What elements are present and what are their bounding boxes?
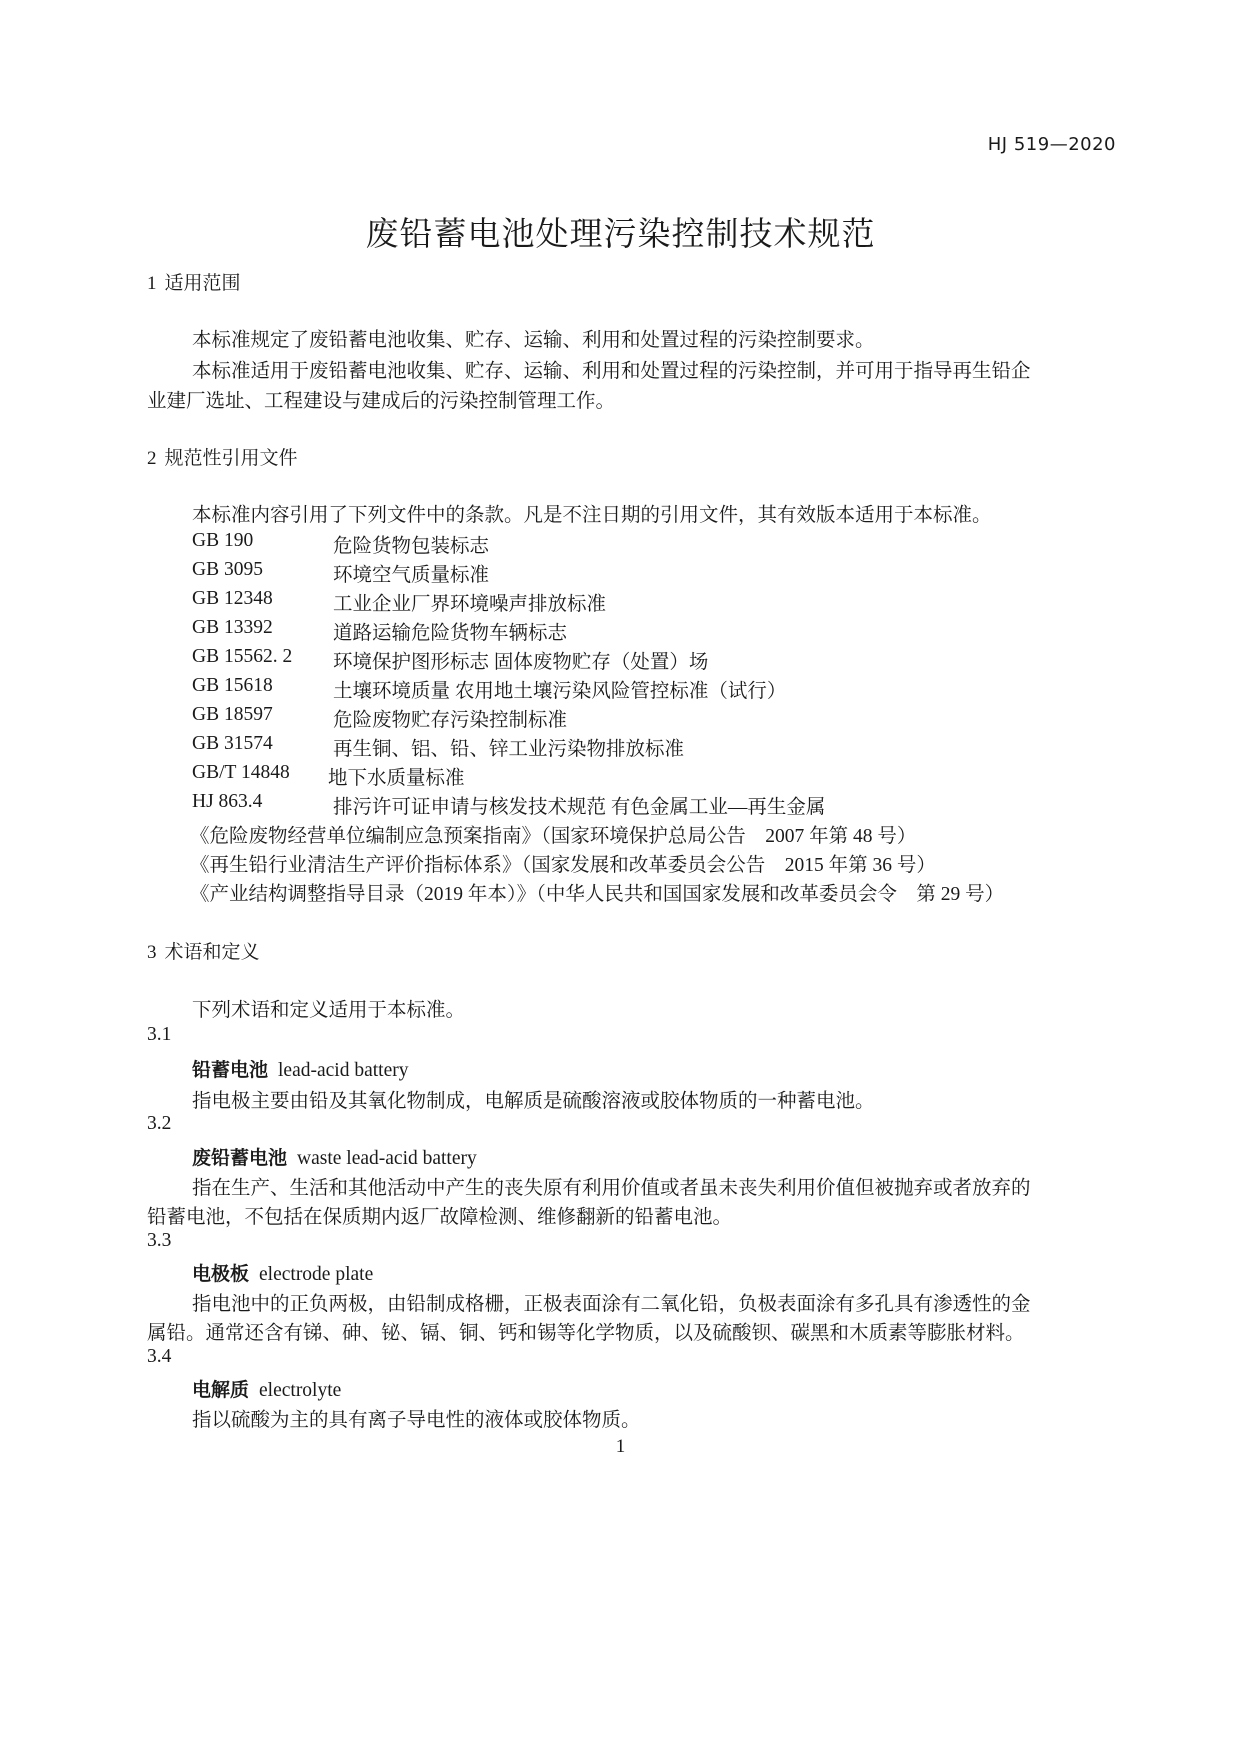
- referenced-document: 《再生铅行业清洁生产评价指标体系》（国家发展和改革委员会公告 2015 年第 3…: [190, 849, 936, 877]
- section-heading-1: 1适用范围: [147, 268, 241, 295]
- reference-title: 工业企业厂界环境噪声排放标准: [333, 588, 606, 616]
- reference-code: GB 18597: [192, 704, 273, 726]
- reference-title: 排污许可证申请与核发技术规范 有色金属工业—再生金属: [333, 791, 825, 819]
- paragraph: 下列术语和定义适用于本标准。: [192, 994, 465, 1022]
- section-heading-3: 3术语和定义: [147, 937, 260, 964]
- term-number: 3.3: [147, 1230, 171, 1252]
- page-number: 1: [0, 1436, 1241, 1458]
- section-number: 2: [147, 448, 157, 469]
- term-number: 3.4: [147, 1346, 171, 1368]
- paragraph: 本标准内容引用了下列文件中的条款。凡是不注日期的引用文件，其有效版本适用于本标准…: [192, 499, 992, 527]
- paragraph: 本标准规定了废铅蓄电池收集、贮存、运输、利用和处置过程的污染控制要求。: [192, 324, 875, 352]
- term-heading: 废铅蓄电池waste lead-acid battery: [192, 1143, 477, 1170]
- term-definition: 指以硫酸为主的具有离子导电性的液体或胶体物质。: [192, 1404, 641, 1432]
- reference-code: GB 13392: [192, 617, 273, 639]
- term-english: waste lead-acid battery: [297, 1148, 477, 1169]
- referenced-document: 《产业结构调整指导目录（2019 年本）》（中华人民共和国国家发展和改革委员会令…: [190, 878, 1004, 906]
- term-english: electrolyte: [259, 1380, 341, 1401]
- section-number: 3: [147, 942, 157, 963]
- section-heading-2: 2规范性引用文件: [147, 443, 298, 470]
- reference-code: GB 15562. 2: [192, 646, 292, 668]
- term-chinese: 废铅蓄电池: [192, 1147, 287, 1169]
- paragraph: 本标准适用于废铅蓄电池收集、贮存、运输、利用和处置过程的污染控制，并可用于指导再…: [192, 355, 1031, 383]
- term-definition: 指电池中的正负两极，由铅制成格栅，正极表面涂有二氧化铅，负极表面涂有多孔具有渗透…: [192, 1288, 1031, 1316]
- reference-title: 土壤环境质量 农用地土壤污染风险管控标准（试行）: [333, 675, 786, 703]
- term-heading: 铅蓄电池lead-acid battery: [192, 1055, 408, 1082]
- referenced-document: 《危险废物经营单位编制应急预案指南》（国家环境保护总局公告 2007 年第 48…: [190, 820, 916, 848]
- standard-code: HJ 519—2020: [988, 134, 1116, 155]
- reference-code: GB 3095: [192, 559, 263, 581]
- term-definition-continuation: 铅蓄电池，不包括在保质期内返厂故障检测、维修翻新的铅蓄电池。: [147, 1201, 732, 1229]
- term-heading: 电极板electrode plate: [192, 1259, 373, 1286]
- reference-title: 地下水质量标准: [328, 762, 465, 790]
- term-chinese: 电极板: [192, 1263, 249, 1285]
- section-number: 1: [147, 273, 157, 294]
- term-english: electrode plate: [259, 1264, 373, 1285]
- reference-code: GB 190: [192, 530, 253, 552]
- reference-title: 再生铜、铝、铅、锌工业污染物排放标准: [333, 733, 684, 761]
- reference-title: 环境空气质量标准: [333, 559, 489, 587]
- term-english: lead-acid battery: [278, 1060, 408, 1081]
- reference-code: GB/T 14848: [192, 762, 290, 784]
- reference-title: 环境保护图形标志 固体废物贮存（处置）场: [333, 646, 708, 674]
- term-chinese: 铅蓄电池: [192, 1059, 268, 1081]
- term-definition-continuation: 属铅。通常还含有锑、砷、铋、镉、铜、钙和锡等化学物质，以及硫酸钡、碳黑和木质素等…: [147, 1317, 1025, 1345]
- section-title: 术语和定义: [165, 941, 260, 963]
- paragraph-continuation: 业建厂选址、工程建设与建成后的污染控制管理工作。: [147, 385, 615, 413]
- reference-code: HJ 863.4: [192, 791, 262, 813]
- reference-title: 危险货物包装标志: [333, 530, 489, 558]
- term-heading: 电解质electrolyte: [192, 1375, 341, 1402]
- term-number: 3.1: [147, 1024, 171, 1046]
- section-title: 规范性引用文件: [165, 447, 298, 469]
- term-chinese: 电解质: [192, 1379, 249, 1401]
- term-definition: 指在生产、生活和其他活动中产生的丧失原有利用价值或者虽未丧失利用价值但被抛弃或者…: [192, 1172, 1031, 1200]
- document-title: 废铅蓄电池处理污染控制技术规范: [0, 208, 1241, 255]
- reference-title: 道路运输危险货物车辆标志: [333, 617, 567, 645]
- term-definition: 指电极主要由铅及其氧化物制成，电解质是硫酸溶液或胶体物质的一种蓄电池。: [192, 1085, 875, 1113]
- reference-code: GB 12348: [192, 588, 273, 610]
- reference-code: GB 15618: [192, 675, 273, 697]
- reference-title: 危险废物贮存污染控制标准: [333, 704, 567, 732]
- reference-code: GB 31574: [192, 733, 273, 755]
- section-title: 适用范围: [165, 272, 241, 294]
- term-number: 3.2: [147, 1113, 171, 1135]
